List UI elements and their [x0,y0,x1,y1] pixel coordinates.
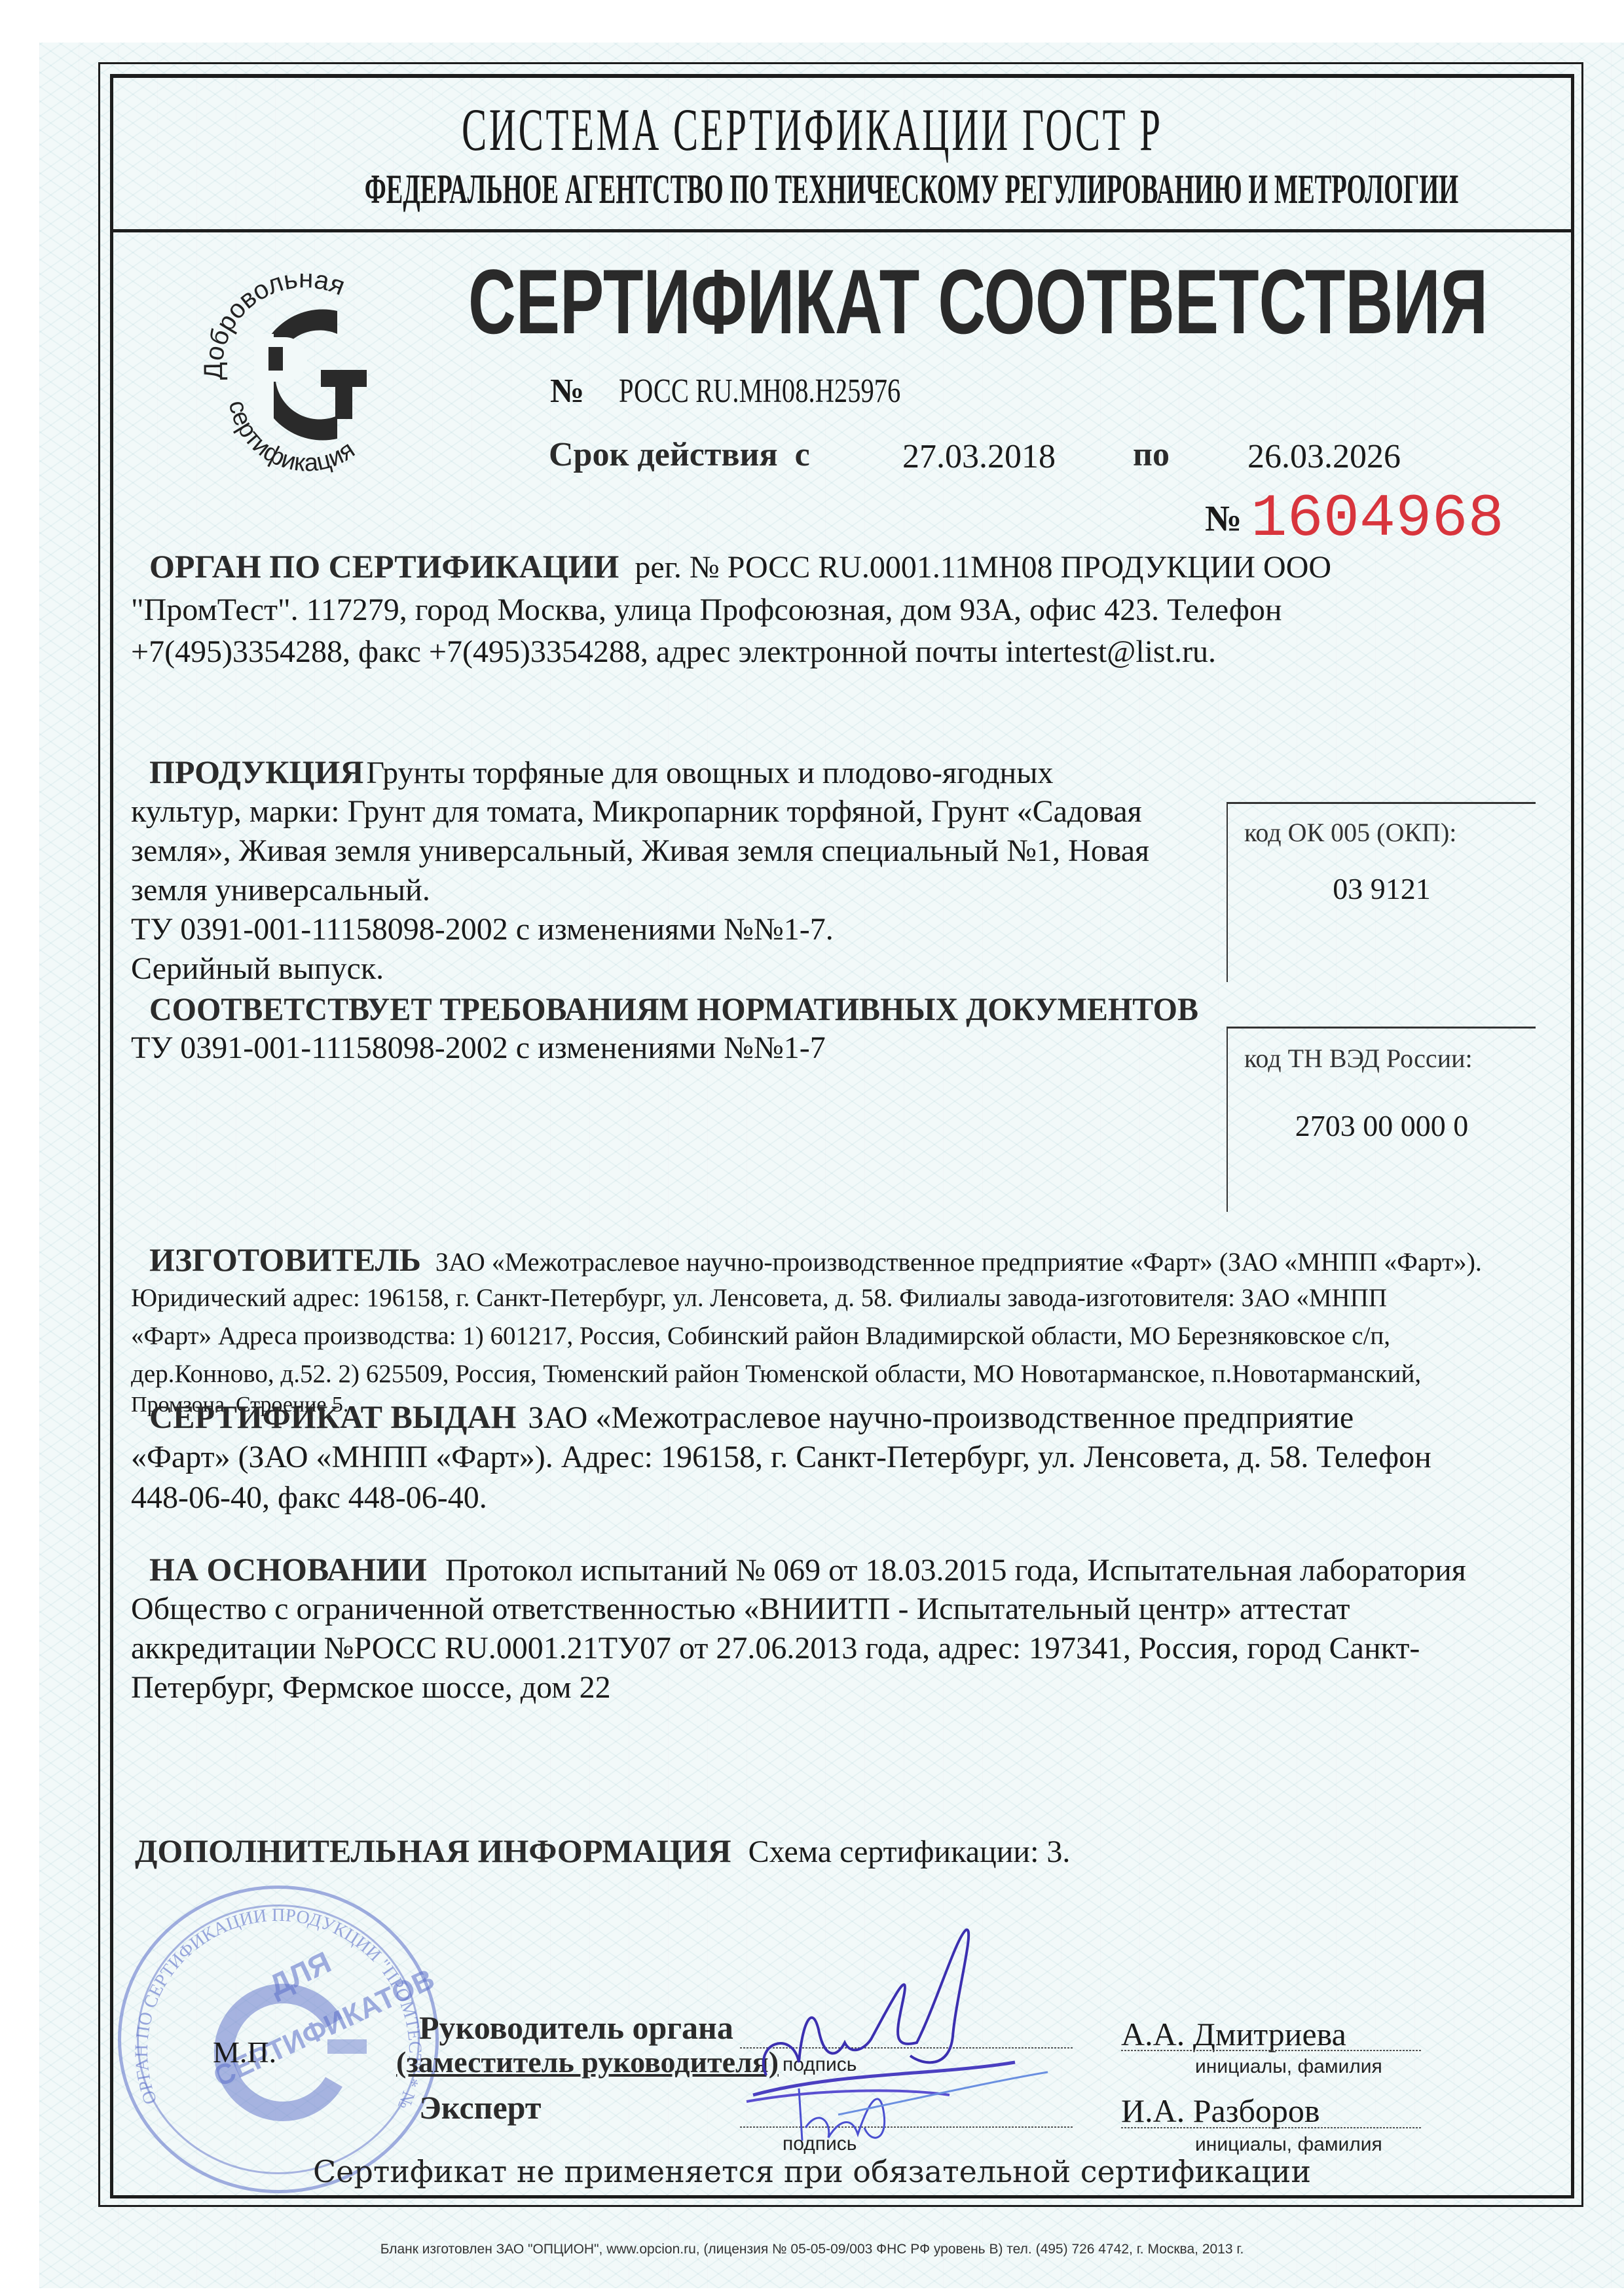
tnved-code-value: 2703 00 000 0 [1228,1108,1536,1143]
basis-line-4: Петербург, Фермское шоссе, дом 22 [131,1669,611,1705]
okp-code-value: 03 9121 [1228,871,1536,906]
certificate-title: СЕРТИФИКАТ СООТВЕТСТВИЯ [468,249,1624,355]
valid-from: 27.03.2018 [902,437,1056,476]
conformity-label: СООТВЕТСТВУЕТ ТРЕБОВАНИЯМ НОРМАТИВНЫХ ДО… [149,990,1242,1028]
expert-name-caption: инициалы, фамилия [1195,2134,1382,2156]
issued-line-1: СЕРТИФИКАТ ВЫДАН ЗАО «Межотраслевое науч… [149,1398,1354,1436]
valid-to: 26.03.2026 [1247,437,1401,476]
tnved-code-box: код ТН ВЭД России: 2703 00 000 0 [1227,1027,1536,1212]
expert-name-line [1121,2127,1422,2128]
head-name-line [1121,2050,1422,2051]
voluntary-notice: Сертификат не применяется при обязательн… [0,2154,1624,2189]
stamp-place-label: М.П. [213,2035,276,2069]
additional-info-row: ДОПОЛНИТЕЛЬНАЯ ИНФОРМАЦИЯ Схема сертифик… [135,1832,1070,1870]
product-line-2: культур, марки: Грунт для томата, Микроп… [131,793,1142,829]
expert-label: Эксперт [419,2088,541,2126]
blank-number-sign: № [1205,499,1242,539]
issued-line-2: «Фарт» (ЗАО «МНПП «Фарт»). Адрес: 196158… [131,1439,1431,1475]
basis-line-2: Общество с ограниченной ответственностью… [131,1591,1350,1627]
manufacturer-text: ЗАО «Межотраслевое научно-производственн… [435,1247,1482,1277]
rst-logo: Добровольная сертификация [196,249,413,478]
manufacturer-line-3: «Фарт» Адреса производства: 1) 601217, Р… [131,1321,1390,1351]
basis-text: Протокол испытаний № 069 от 18.03.2015 г… [445,1553,1466,1588]
product-line-3: земля», Живая земля универсальный, Живая… [131,833,1149,869]
product-line-1: ПРОДУКЦИЯ Грунты торфяные для овощных и … [149,753,1053,791]
validity-label: Срок действия с [549,436,810,473]
basis-label: НА ОСНОВАНИИ [149,1551,427,1588]
certificate-number-row: № РОСС RU.МН08.Н25976 [550,372,980,410]
conformity-standard: ТУ 0391-001-11158098-2002 с изменениями … [131,1030,826,1066]
blank-serial-number: 1604968 [1251,484,1504,553]
product-line-4: земля универсальный. [131,872,430,908]
okp-code-box: код ОК 005 (ОКП): 03 9121 [1227,802,1536,982]
issued-to-label: СЕРТИФИКАТ ВЫДАН [149,1398,516,1435]
header-separator [110,229,1571,232]
manufacturer-line-2: Юридический адрес: 196158, г. Санкт-Пете… [131,1283,1387,1313]
tnved-code-label: код ТН ВЭД России: [1244,1043,1473,1074]
to-label: по [1133,435,1170,474]
manufacturer-label: ИЗГОТОВИТЕЛЬ [149,1241,421,1278]
basis-line-1: НА ОСНОВАНИИ Протокол испытаний № 069 от… [149,1550,1466,1588]
expert-name: И.А. Разборов [1121,2092,1320,2130]
head-name-caption: инициалы, фамилия [1195,2056,1382,2078]
product-line-6: Серийный выпуск. [131,951,384,987]
additional-info-text: Схема сертификации: 3. [748,1834,1071,1869]
product-label: ПРОДУКЦИЯ [149,754,363,790]
system-title: СИСТЕМА СЕРТИФИКАЦИИ ГОСТ Р [0,95,1624,164]
agency-title: ФЕДЕРАЛЬНОЕ АГЕНТСТВО ПО ТЕХНИЧЕСКОМУ РЕ… [0,165,1624,213]
manufacturer-line-1: ИЗГОТОВИТЕЛЬ ЗАО «Межотраслевое научно-п… [149,1241,1482,1279]
authority-line-1: ОРГАН ПО СЕРТИФИКАЦИИ рег. № РОСС RU.000… [149,547,1331,585]
number-sign: № [550,373,584,410]
deputy-label: (заместитель руководителя) [396,2045,779,2079]
validity-row: Срок действия с [549,435,810,474]
additional-info-label: ДОПОЛНИТЕЛЬНАЯ ИНФОРМАЦИЯ [135,1832,731,1869]
certificate-number: РОСС RU.МН08.Н25976 [619,372,900,410]
official-stamp: ОРГАН ПО СЕРТИФИКАЦИИ ПРОДУКЦИИ "ПРОМТЕС… [118,1886,439,2193]
head-of-body-label: Руководитель органа [419,2009,733,2047]
authority-label: ОРГАН ПО СЕРТИФИКАЦИИ [149,548,619,585]
head-name: А.А. Дмитриева [1121,2015,1346,2053]
basis-line-3: аккредитации №РОСС RU.0001.21ТУ07 от 27.… [131,1630,1420,1666]
product-text: Грунты торфяные для овощных и плодово-яг… [366,756,1053,790]
issued-line-3: 448-06-40, факс 448-06-40. [131,1480,487,1516]
authority-line-2: "ПромТест". 117279, город Москва, улица … [131,592,1282,628]
issued-to-text: ЗАО «Межотраслевое научно-производственн… [528,1400,1354,1435]
okp-code-label: код ОК 005 (ОКП): [1244,817,1456,848]
printer-note: Бланк изготовлен ЗАО "ОПЦИОН", www.opcio… [0,2242,1624,2257]
blank-number-row: № 1604968 [1205,484,1504,553]
rst-logo-icon: Добровольная сертификация [196,249,413,478]
product-line-5: ТУ 0391-001-11158098-2002 с изменениями … [131,911,834,947]
authority-text: рег. № РОСС RU.0001.11МН08 ПРОДУКЦИИ ООО [635,550,1331,585]
manufacturer-line-4: дер.Конново, д.52. 2) 625509, Россия, Тю… [131,1359,1421,1389]
authority-line-3: +7(495)3354288, факс +7(495)3354288, адр… [131,634,1216,670]
stamp-rst-icon: ОРГАН ПО СЕРТИФИКАЦИИ ПРОДУКЦИИ "ПРОМТЕС… [118,1886,439,2193]
